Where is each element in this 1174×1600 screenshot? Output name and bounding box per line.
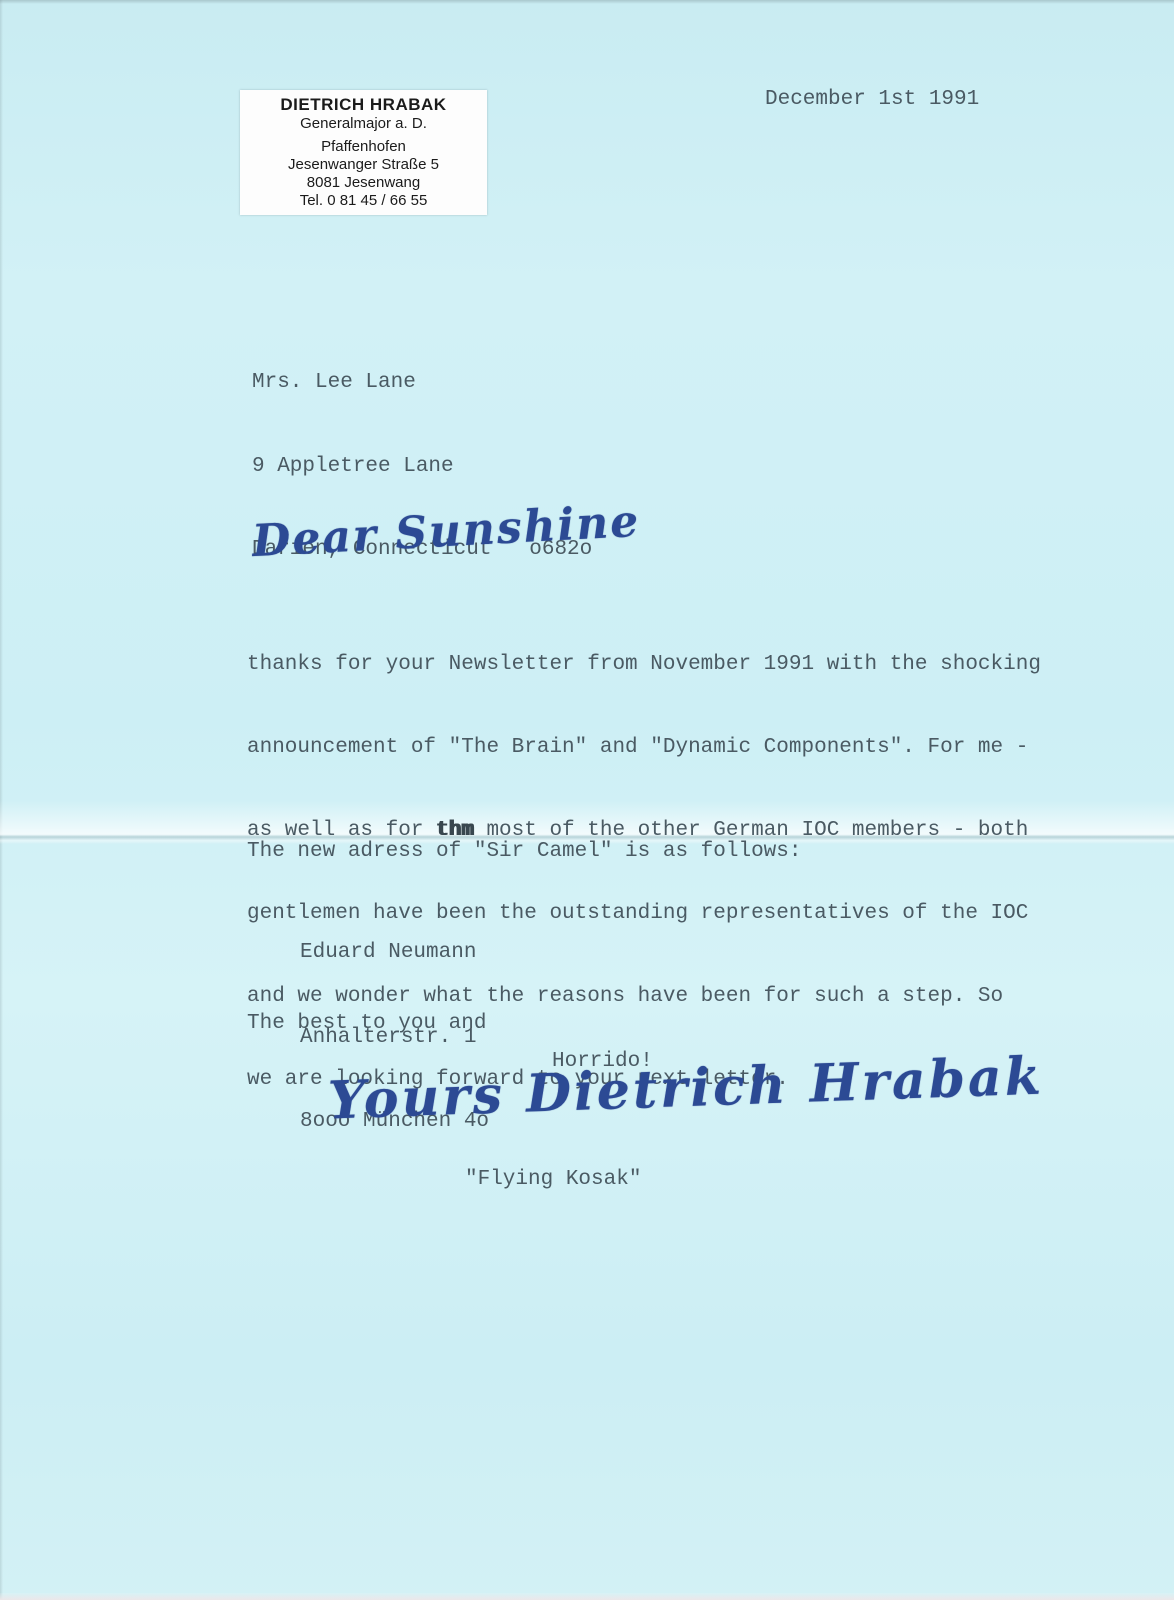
letterhead-town: Pfaffenhofen xyxy=(321,138,406,156)
letterhead-city: 8081 Jesenwang xyxy=(307,174,420,192)
scan-edge-top xyxy=(0,0,1174,4)
closing-line: The best to you and xyxy=(247,1012,486,1035)
body-line-3-pre: as well as for xyxy=(247,819,436,842)
letterhead-label: DIETRICH HRABAK Generalmajor a. D. Pfaff… xyxy=(240,90,487,215)
scan-edge-bottom xyxy=(0,1593,1174,1600)
recipient-line: Mrs. Lee Lane xyxy=(252,364,592,402)
address-intro-line: The new adress of "Sir Camel" is as foll… xyxy=(247,840,802,863)
letterhead-name: DIETRICH HRABAK xyxy=(280,95,446,115)
signature-alias: "Flying Kosak" xyxy=(465,1168,641,1191)
new-address-block: Eduard Neumann Anhalterstr. 1 8ooo Münch… xyxy=(300,888,489,1188)
overstruck-word: thm xyxy=(436,819,474,842)
date-line: December 1st 1991 xyxy=(765,88,979,111)
recipient-line: 9 Appletree Lane xyxy=(252,448,592,486)
body-line-3-post: most of the other German IOC members - b… xyxy=(474,819,1029,842)
new-address-line: Eduard Neumann xyxy=(300,934,489,973)
letterhead-phone: Tel. 0 81 45 / 66 55 xyxy=(300,192,428,210)
body-line-1: thanks for your Newsletter from November… xyxy=(247,646,1041,683)
letterhead-street: Jesenwanger Straße 5 xyxy=(288,156,439,174)
letterhead-rank: Generalmajor a. D. xyxy=(300,115,427,133)
body-line-2: announcement of "The Brain" and "Dynamic… xyxy=(247,729,1041,766)
recipient-block: Mrs. Lee Lane 9 Appletree Lane Darien, C… xyxy=(252,318,592,615)
scanned-letter-page: DIETRICH HRABAK Generalmajor a. D. Pfaff… xyxy=(0,0,1174,1600)
